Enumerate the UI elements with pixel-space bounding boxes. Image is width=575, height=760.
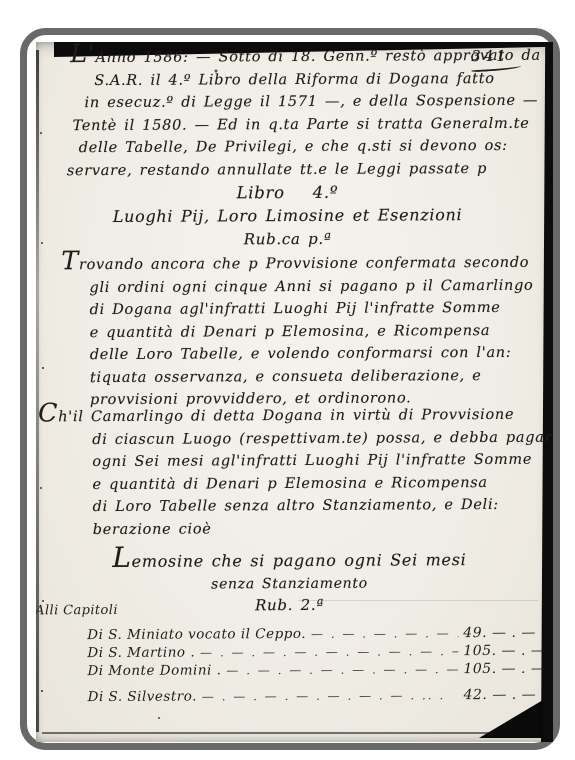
manuscript-line: Trovando ancora che p Provvisione confer… — [61, 250, 553, 277]
manuscript-line: gli ordini ogni cinque Anni si pagano p … — [89, 274, 553, 299]
ledger-leader-dots: — . — . — . — . — . —; — [311, 626, 458, 641]
photo-frame: 341 L'Anno 1586: — Sotto di 18. Genn.º r… — [20, 28, 560, 750]
alms-ledger: Di S. Miniato vocato il Ceppo. — . — . —… — [87, 625, 549, 707]
manuscript-line: di Loro Tabelle senza altro Stanziamento… — [93, 494, 553, 519]
manuscript-line: tiquata osservanza, e consueta deliberaz… — [90, 364, 553, 389]
chapter-title: Luoghi Pij, Loro Limosine et Esenzioni — [36, 204, 540, 229]
manuscript-scan: 341 L'Anno 1586: — Sotto di 18. Genn.º r… — [36, 42, 553, 742]
manuscript-line: ogni Sei mesi agl'infratti Luoghi Pij l'… — [92, 449, 553, 474]
manuscript-line: servare, restando annullate tt.e le Legg… — [67, 157, 553, 182]
provision-paragraph: Trovando ancora che p Provvisione confer… — [61, 250, 553, 412]
book-heading: Libro 4.º — [36, 181, 540, 206]
order-paragraph: Ch'il Camarlingo di detta Dogana in virt… — [38, 402, 553, 542]
manuscript-line: di Dogana agl'infratti Luoghi Pij l'infr… — [90, 297, 553, 322]
ledger-entry-name: Di S. Silvestro. — [88, 689, 197, 706]
manuscript-line: Ch'il Camarlingo di detta Dogana in virt… — [38, 402, 553, 429]
ledger-amount: 49. — . — — [463, 625, 549, 641]
margin-note: Alli Capitoli — [36, 603, 118, 618]
manuscript-line: delle Tabelle, De Privilegi, e che q.sti… — [79, 135, 553, 160]
ledger-entry-name: Di S. Miniato vocato il Ceppo. — [87, 626, 306, 643]
ledger-row: Di Monte Domini . — . — . — . — . — . — … — [87, 661, 549, 681]
manuscript-line: in esecuz.º di Legge il 1571 —, e della … — [84, 90, 552, 115]
manuscript-line: berazione cioè — [93, 516, 553, 541]
ledger-entry-name: Di Monte Domini . — [87, 662, 221, 679]
ledger-amount: 105. — . — — [463, 661, 549, 677]
ledger-row: Di S. Silvestro. — . — . — . — . — . — .… — [88, 687, 550, 707]
manuscript-line: Tentè il 1580. — Ed in q.ta Parte si tra… — [73, 112, 553, 137]
manuscript-line: delle Loro Tabelle, e volendo conformars… — [90, 342, 553, 367]
ledger-row: Di S. Miniato vocato il Ceppo. — . — . —… — [87, 625, 549, 645]
manuscript-line: L'Anno 1586: — Sotto di 18. Genn.º restò… — [70, 43, 552, 70]
archival-scan-view: 341 L'Anno 1586: — Sotto di 18. Genn.º r… — [0, 0, 575, 760]
manuscript-line: e quantità di Denari p Elemosina e Ricom… — [92, 471, 553, 496]
manuscript-line: e quantità di Denari p Elemosina, e Rico… — [90, 319, 553, 344]
ledger-row: Di S. Martino . — . — . — . — . — . — . … — [87, 643, 549, 663]
alms-heading: Lemosine che si pagano ogni Sei mesi — [37, 546, 542, 574]
rubric-first: Rub.ca p.ª — [36, 227, 540, 252]
ledger-amount: 42. — . — — [464, 687, 550, 703]
handwriting-layer: 341 L'Anno 1586: — Sotto di 18. Genn.º r… — [36, 42, 553, 742]
ledger-leader-dots: — . — . — . — . — . — . — . —; — [226, 662, 458, 677]
manuscript-line: di ciascun Luogo (respettivam.te) possa,… — [92, 426, 553, 451]
ledger-entry-name: Di S. Martino . — [87, 645, 195, 662]
ledger-leader-dots: — . — . — . — . — . — . — . — . — . —; — [200, 644, 458, 659]
intro-paragraph: L'Anno 1586: — Sotto di 18. Genn.º restò… — [70, 43, 553, 183]
ledger-leader-dots: — . — . — . — . — . — . — . .. . — [202, 688, 459, 703]
ledger-amount: 105. — . — — [463, 643, 549, 659]
manuscript-line: S.A.R. il 4.º Libro della Riforma di Dog… — [94, 67, 552, 92]
